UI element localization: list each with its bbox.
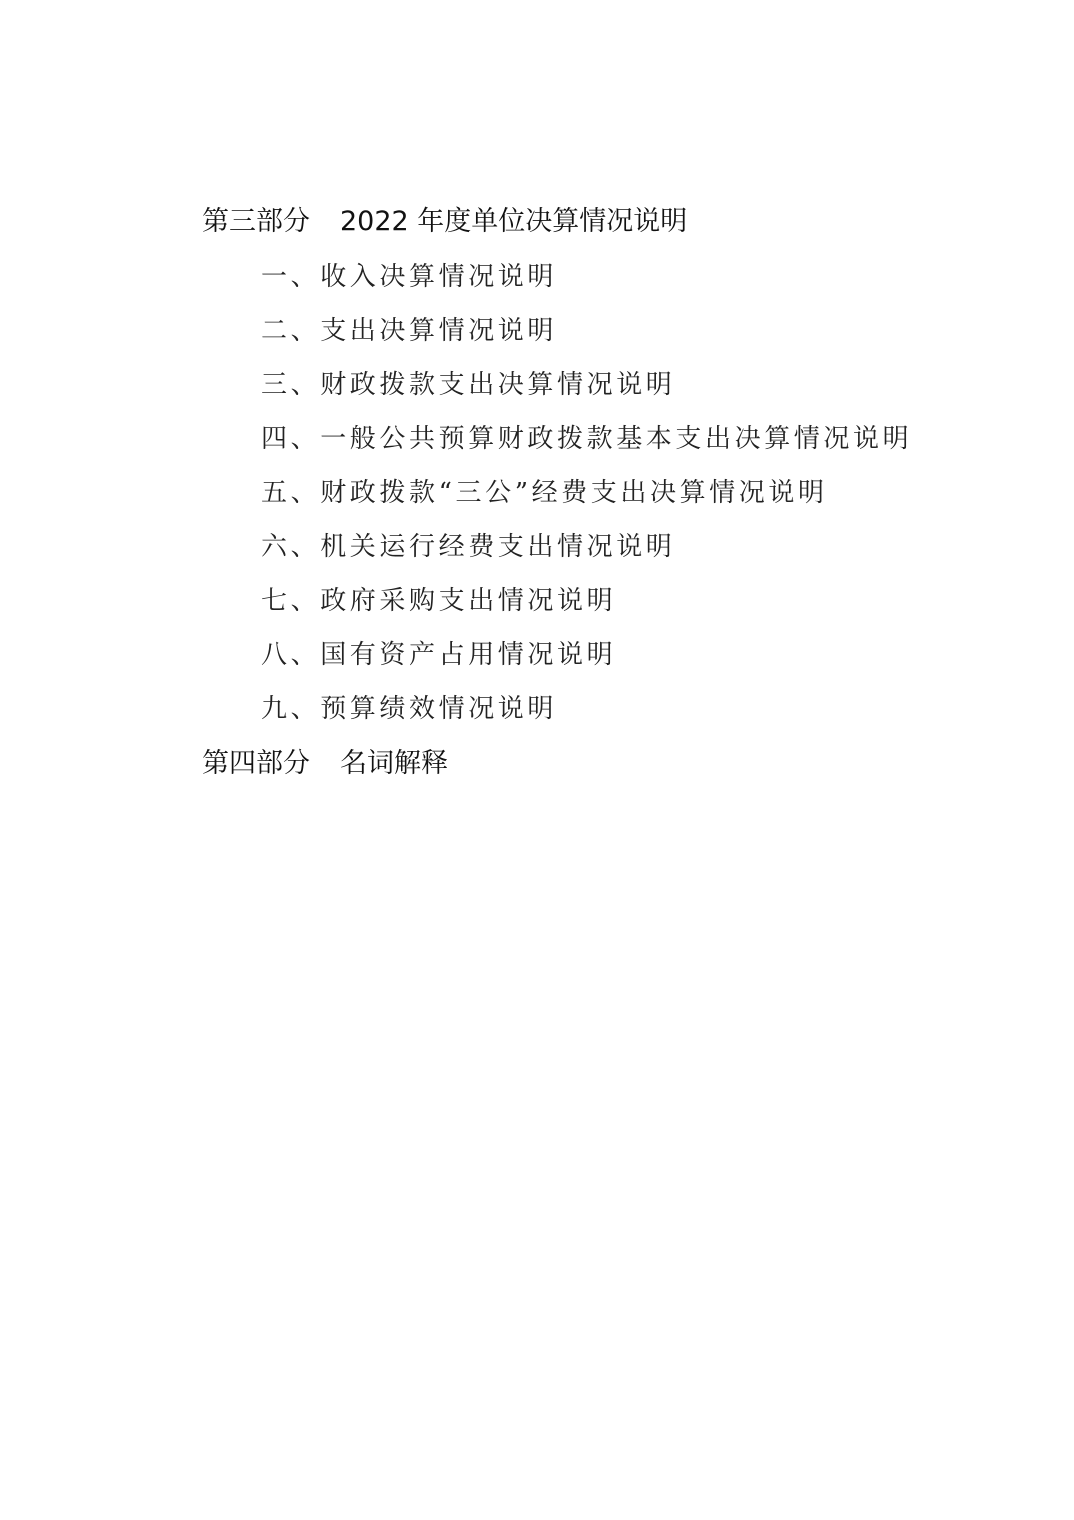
toc-item: 三、财政拨款支出决算情况说明 [261,369,675,401]
toc-item: 六、机关运行经费支出情况说明 [261,531,675,563]
section-heading-part-3: 第三部分2022 年度单位决算情况说明 [202,206,687,238]
toc-item: 九、预算绩效情况说明 [261,693,557,725]
toc-item: 四、一般公共预算财政拨款基本支出决算情况说明 [261,423,912,455]
toc-item: 八、国有资产占用情况说明 [261,639,616,671]
section-heading-part-4: 第四部分名词解释 [202,748,448,780]
toc-item: 二、支出决算情况说明 [261,315,557,347]
part-label: 第四部分 [202,748,310,779]
document-page: 第三部分2022 年度单位决算情况说明 一、收入决算情况说明 二、支出决算情况说… [0,0,1074,1520]
toc-item: 五、财政拨款“三公”经费支出决算情况说明 [261,477,828,509]
part-label: 第三部分 [202,206,310,237]
toc-item: 七、政府采购支出情况说明 [261,585,616,617]
toc-item: 一、收入决算情况说明 [261,261,557,293]
section-title: 2022 年度单位决算情况说明 [340,206,687,237]
section-title: 名词解释 [340,748,448,779]
